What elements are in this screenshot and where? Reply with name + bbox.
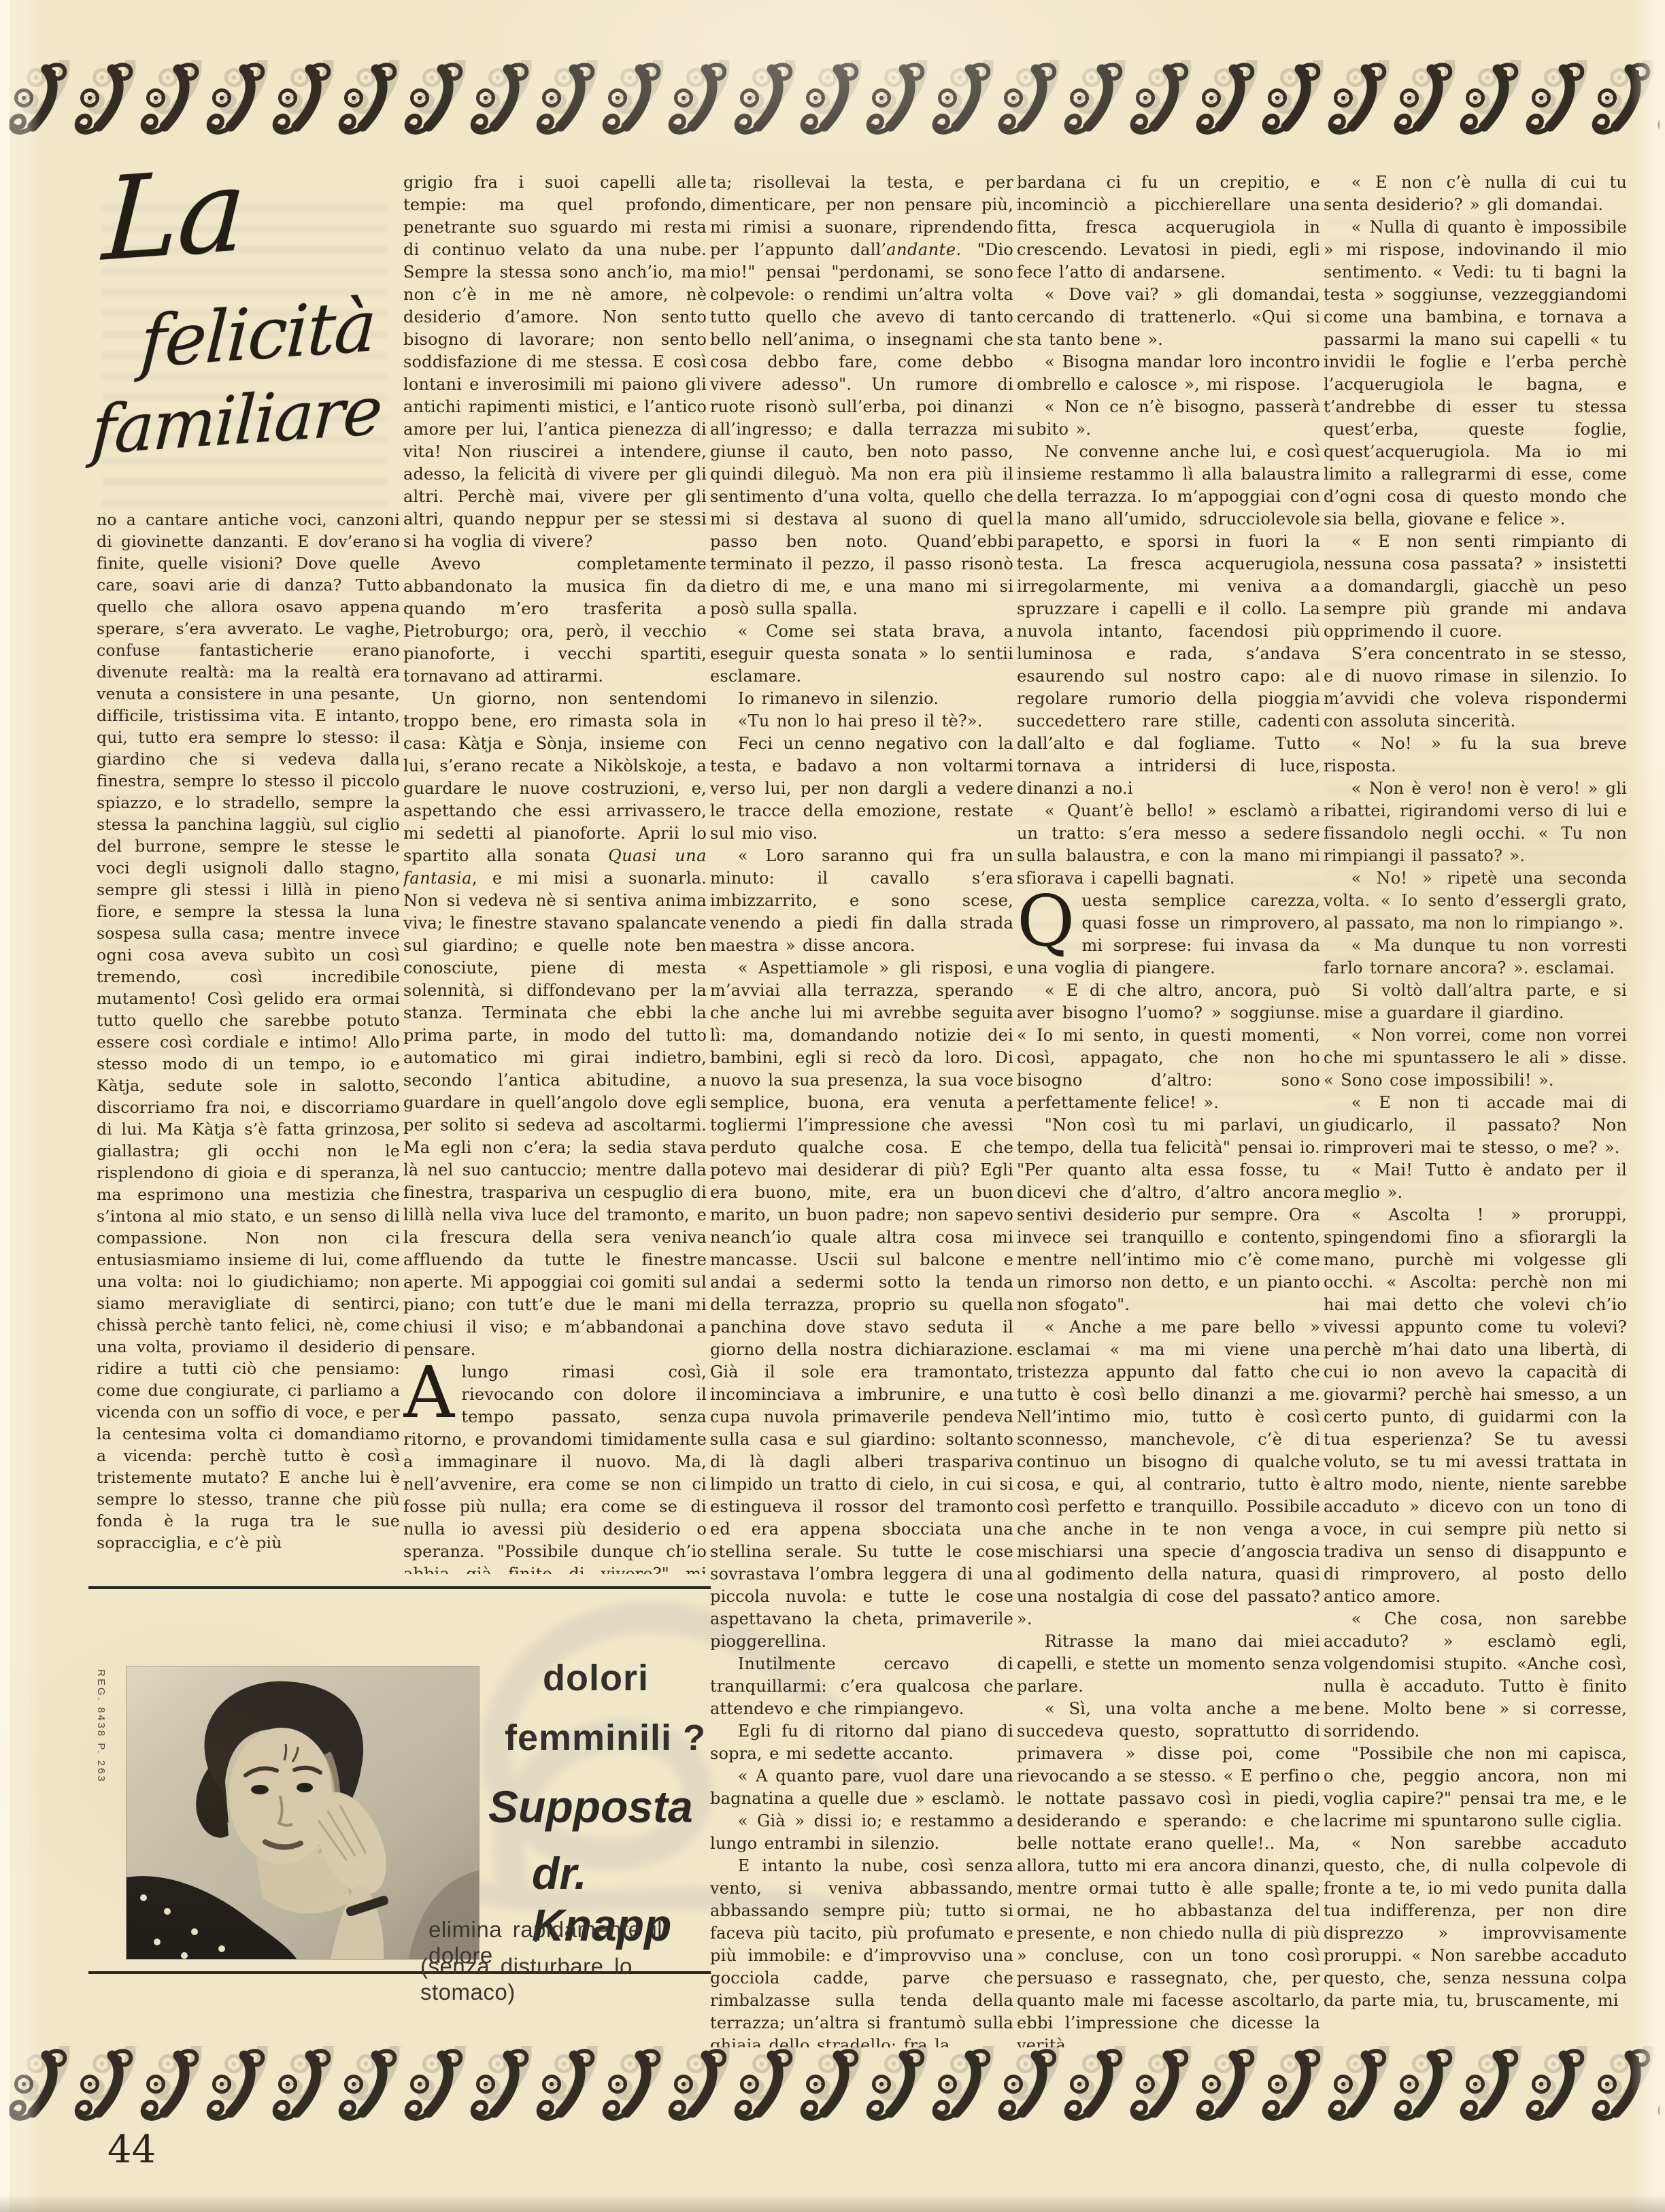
paragraph: "Possibile che non mi capisca, o che, pe… (1324, 1743, 1627, 1832)
paragraph: bardana ci fu un crepitio, e incominciò … (1017, 171, 1320, 284)
magazine-page: La felicità familiare no a cantare antic… (0, 0, 1665, 2212)
paragraph: Ritrasse la mano dai miei capelli, e ste… (1017, 1630, 1320, 1698)
paragraph: « E non senti rimpianto di nessuna cosa … (1324, 531, 1627, 643)
advertisement: REG. 8438 P. 263 (88, 1586, 711, 1989)
story-column-1: no a cantare antiche voci, canzoni di gi… (97, 509, 400, 1632)
paragraph: « Non vorrei, come non vorrei che mi spu… (1324, 1024, 1627, 1092)
paragraph: « A quanto pare, vuol dare una bagnatina… (710, 1765, 1013, 1810)
paragraph: « Nulla di quanto è impossibile » mi ris… (1324, 216, 1627, 531)
title-word-la: La (100, 143, 248, 287)
paragraph: Si voltò dall’altra parte, e si mise a g… (1324, 979, 1627, 1024)
paragraph: « Ascolta ! » proruppi, spingendomi fino… (1324, 1204, 1627, 1608)
paragraph: « Anche a me pare bello » esclamai « ma … (1017, 1316, 1320, 1630)
paragraph: Questa semplice carezza, quasi fosse un … (1017, 890, 1320, 979)
paragraph: « E non c’è nulla di cui tu senta deside… (1324, 171, 1627, 216)
paragraph: Feci un cenno negativo con la testa, e b… (710, 733, 1013, 845)
paragraph: « Sì, una volta anche a me succedeva que… (1017, 1698, 1320, 2047)
woman-portrait-illustration (127, 1666, 479, 1959)
paragraph: « Già » dissi io; e restammo a lungo ent… (710, 1810, 1013, 1855)
paragraph: Io rimanevo in silenzio. (710, 688, 1013, 710)
paragraph: S’era concentrato in se stesso, e di nuo… (1324, 643, 1627, 733)
page-edge-shadow (0, 2194, 1665, 2212)
paragraph: no a cantare antiche voci, canzoni di gi… (97, 509, 400, 1554)
paragraph: « Bisogna mandar loro incontro ombrello … (1017, 351, 1320, 396)
ad-product-line1: Supposta (488, 1781, 693, 1832)
drop-cap: A (403, 1361, 461, 1421)
paragraph: « No! » fu la sua breve risposta. (1324, 733, 1627, 777)
story-column-5: « E non c’è nulla di cui tu senta deside… (1324, 171, 1627, 2049)
ad-headline-line2: femminili ? (505, 1717, 706, 1759)
paragraph: « E non ti accade mai di giudicarlo, il … (1324, 1092, 1627, 1159)
paragraph: « Quant’è bello! » esclamò a un tratto: … (1017, 800, 1320, 890)
paragraph: Ne convenne anche lui, e così insieme re… (1017, 441, 1320, 800)
drop-cap: Q (1017, 890, 1081, 950)
paragraph: « E di che altro, ancora, può aver bisog… (1017, 979, 1320, 1114)
paragraph: « Aspettiamole » gli risposi, e m’avviai… (710, 957, 1013, 1653)
paragraph: « Loro saranno qui fra un minuto: il cav… (710, 845, 1013, 957)
ornament-border-bottom (5, 2046, 1660, 2132)
ornament-border-top (5, 60, 1660, 146)
paragraph: Egli fu di ritorno dal piano di sopra, e… (710, 1720, 1013, 1765)
story-column-3: ta; risollevai la testa, e per dimentica… (710, 171, 1013, 2047)
ad-tagline-line2: (senza disturbare lo stomaco) (420, 1954, 711, 2005)
page-number: 44 (107, 2128, 156, 2172)
paragraph: E intanto la nube, così senza vento, si … (710, 1855, 1013, 2047)
paragraph: grigio fra i suoi capelli alle tempie: m… (403, 171, 707, 553)
paragraph: « Non è vero! non è vero! » gli ribattei… (1324, 777, 1627, 867)
paragraph: « Non sarebbe accaduto questo, che, di n… (1324, 1832, 1627, 2012)
paragraph: Un giorno, non sentendomi troppo bene, e… (403, 688, 707, 1361)
paragraph: « Dove vai? » gli domandai, cercando di … (1017, 284, 1320, 351)
story-column-2: grigio fra i suoi capelli alle tempie: m… (403, 171, 707, 1574)
paragraph: Avevo completamente abbandonato la music… (403, 553, 707, 688)
paragraph: « Come sei stata brava, a eseguir questa… (710, 620, 1013, 688)
ad-registration-code: REG. 8438 P. 263 (95, 1669, 107, 1783)
paragraph: « Non ce n’è bisogno, passerà subito ». (1017, 396, 1320, 441)
paragraph: "Non così tu mi parlavi, un tempo, della… (1017, 1114, 1320, 1316)
story-column-4: bardana ci fu un crepitio, e incominciò … (1017, 171, 1320, 2047)
title-word-felicita: felicità (138, 284, 377, 384)
ad-top-rule (88, 1586, 711, 1589)
paragraph: « Mai! Tutto è andato per il meglio ». (1324, 1159, 1627, 1204)
paragraph: « Che cosa, non sarebbe accaduto? » escl… (1324, 1608, 1627, 1743)
paragraph: «Tu non lo hai preso il tè?». (710, 710, 1013, 733)
paragraph: « Ma dunque tu non vorresti farlo tornar… (1324, 935, 1627, 979)
ad-headline-line1: dolori (543, 1657, 649, 1699)
paragraph: « No! » ripetè una seconda volta. « Io s… (1324, 867, 1627, 935)
ad-photo (127, 1666, 479, 1959)
paragraph: Inutilmente cercavo di tranquillarmi: c’… (710, 1653, 1013, 1720)
paragraph: Alungo rimasi così, rievocando con dolor… (403, 1361, 707, 1574)
paragraph: ta; risollevai la testa, e per dimentica… (710, 171, 1013, 620)
